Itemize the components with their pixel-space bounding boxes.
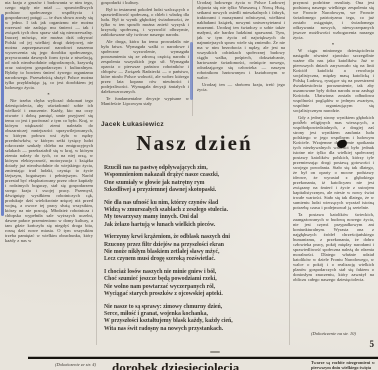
body-paragraph: nia kraju z gruzów i budowania w nim teg… — [5, 0, 93, 90]
section-divider-rule — [28, 357, 378, 359]
margin-mark-blue — [1, 14, 4, 216]
poem-stanza: Rzucili nas na pastwę odpływających zim,… — [104, 165, 288, 195]
poem-stanza: Wierzymy krwi krążeniom, że odblask nasz… — [104, 234, 288, 264]
body-paragraph: Gdy z jednej strony wynikiem głębokich p… — [293, 115, 374, 210]
continuation-text-fragment: Twarze są rozbite niezgromieni w pierwsz… — [311, 361, 375, 370]
poem-line: Wierzymy krwi krążeniom, że odblask nasz… — [104, 234, 288, 241]
poem-line: Widzą w zmurszałych szablach z zeszłego … — [104, 207, 288, 214]
poem-line: Wita nas świt radosny na nowych przystan… — [104, 326, 288, 333]
poem-stanza: I chociaż losów naszych nie minie gniew … — [104, 269, 288, 299]
poem-line: One szumiały w głowie jak natrętny rym — [104, 180, 288, 187]
body-paragraph: Ale droga, która ku temu prowadziła nie … — [101, 39, 189, 94]
body-paragraph: Urodzaj ludowego życia w Polsce Ludowej … — [197, 0, 285, 80]
body-paragraph: gospodarki i kultury. — [101, 0, 189, 5]
page-number: 5 — [356, 339, 374, 349]
poem-line: My towarzyszy mamy innych. Oni dal — [104, 214, 288, 221]
poem-line: Szkodliwej a przyziemnej dawnej skotopas… — [104, 187, 288, 194]
text-column-1: nia kraju z gruzów i budowania w nim teg… — [5, 0, 93, 337]
column-rule — [96, 0, 97, 345]
poem-stanza: Nie nasze to są sprawy: zimowy chmurny d… — [104, 304, 288, 334]
poem-line: Nie dla nas ufność ku nim, którzy czynów… — [104, 200, 288, 207]
body-paragraph: Ta postawa katolików świeckich, zaangażo… — [293, 212, 374, 282]
poem-line: Lecz czynem musi drogę szeroką rozświetl… — [104, 256, 288, 263]
text-column-4: przynosi podróżne rezultaty. Ona jest po… — [293, 0, 374, 328]
body-paragraph: przynosi podróżne rezultaty. Ona jest po… — [293, 0, 374, 40]
poem-line: Jak żelazo hartują w łunach wielkich pie… — [104, 222, 288, 229]
margin-mark-blue — [190, 42, 193, 100]
text-column-2: gospodarki i kultury. Był to testament p… — [101, 0, 189, 115]
body-paragraph: Te fundamentalne decyzje wypisane w Mani… — [101, 96, 189, 106]
cropped-headline: dorobek dziesięciolecia — [112, 361, 308, 370]
poem-line: Wyciągać starych proszków z ojcowskiej a… — [104, 291, 288, 298]
poem-stanza: Nie dla nas ufność ku nim, którzy czynów… — [104, 200, 288, 230]
continuation-note-left: (Dokończenie ze str. 4) — [55, 362, 96, 367]
poem-line: Rzucili nas na pastwę odpływających zim, — [104, 165, 288, 172]
newspaper-page: nia kraju z gruzów i budowania w nim teg… — [0, 0, 378, 370]
section-separator: * — [5, 92, 93, 97]
continuation-note-right: (Dokończenie na str. 10) — [293, 331, 374, 336]
poem-line: Serce, miłość i granat, wojenka kochanka… — [104, 311, 288, 318]
poem-article: Jacek Łukasiewicz Nasz dzień Rzucili nas… — [101, 121, 288, 338]
article-byline: Jacek Łukasiewicz — [101, 121, 288, 128]
scan-speck — [300, 120, 302, 122]
poem-line: Nie może nikłym blaskiem zetlałej sławy … — [104, 249, 288, 256]
article-title: Nasz dzień — [101, 131, 288, 156]
body-paragraph: Był to testament pokoleń ludzi walczącyc… — [101, 7, 189, 37]
smudge-mark — [210, 351, 220, 353]
section-separator: * — [293, 42, 374, 47]
body-paragraph: W ciągu minionego dziesięciolecia nastąp… — [293, 48, 374, 113]
text-column-3: Urodzaj ludowego życia w Polsce Ludowej … — [197, 0, 285, 108]
poem-line: Nie wolno nam powtarzać wyczerpanych ról… — [104, 284, 288, 291]
poem-body: Rzucili nas na pastwę odpływających zim,… — [101, 165, 288, 333]
body-paragraph: Nie trzeba chyba wyliczać dokonań tego d… — [5, 98, 93, 243]
poem-line: Nie nasze to są sprawy: zimowy chmurny d… — [104, 304, 288, 311]
poem-line: Rzucony przez filtr dziejów na przyszłoś… — [104, 242, 288, 249]
poem-line: I chociaż losów naszych nie minie gniew … — [104, 269, 288, 276]
scan-speck — [60, 200, 62, 202]
poem-line: Wspomnieniom nakazali drążyć nasze czasz… — [104, 172, 288, 179]
poem-line: Choć szumieć jeszcze będą powodziami rze… — [104, 276, 288, 283]
column-rule — [289, 0, 290, 345]
body-paragraph: Urodzaj ten — słońcem kraju, treść jego … — [197, 82, 285, 92]
scan-speck — [150, 330, 152, 332]
poem-line: W przyszłości kształtujemy blask każdy, … — [104, 318, 288, 325]
